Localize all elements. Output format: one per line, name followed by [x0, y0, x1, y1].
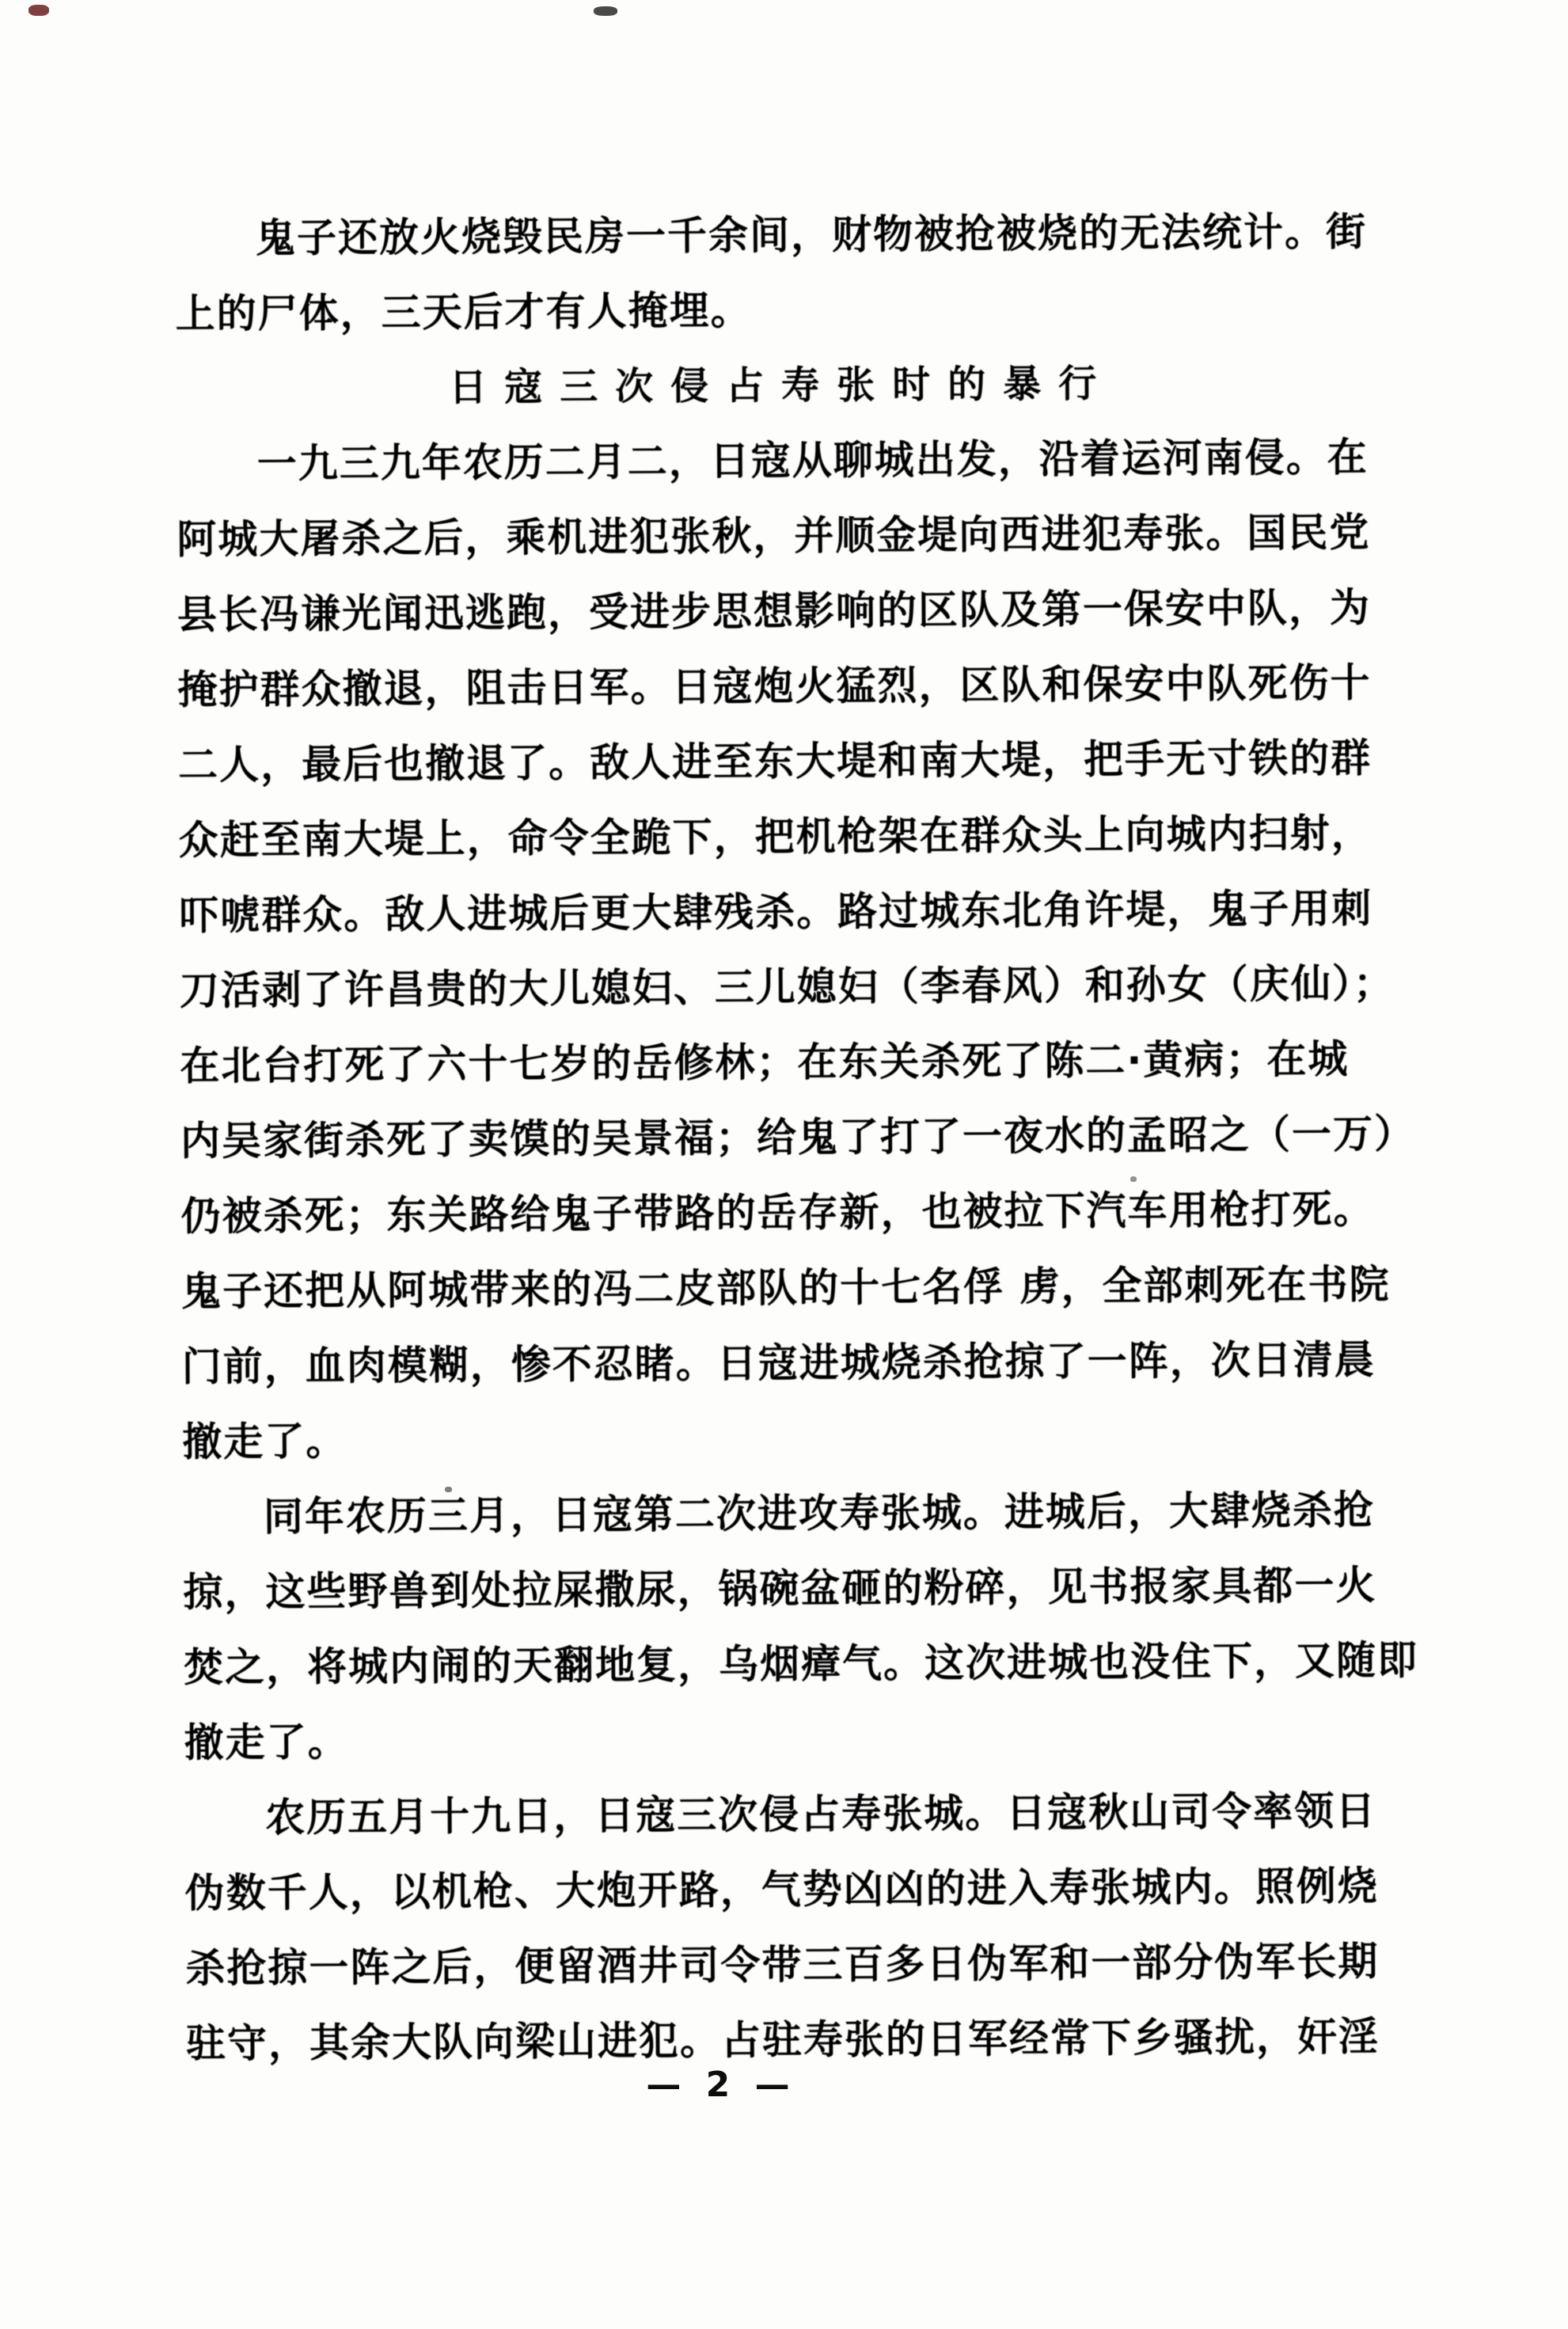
text-line: 内吴家街杀死了卖馍的吴景福；给鬼了打了一夜水的孟昭之（一万）	[180, 1096, 1392, 1179]
text-line: 二人，最后也撤退了。敌人进至东大堤和南大堤，把手无寸铁的群	[178, 720, 1390, 803]
text-line: 伪数千人，以机枪、大炮开路，气势凶凶的进入寿张城内。照例烧	[185, 1848, 1397, 1931]
text-line: 鬼子还放火烧毁民房一千余间，财物被抢被烧的无法统计。街	[175, 194, 1387, 276]
text-line: 仍被杀死；东关路给鬼子带路的岳存新，也被拉下汽车用枪打死。	[180, 1172, 1392, 1254]
text-block: 鬼子还放火烧毁民房一千余间，财物被抢被烧的无法统计。街上的尸体，三天后才有人掩埋…	[175, 194, 1397, 2081]
text-line: 撤走了。	[184, 1698, 1395, 1780]
text-line: 农历五月十九日，日寇三次侵占寿张城。日寇秋山司令率领日	[184, 1773, 1396, 1856]
text-line: 焚之，将城内闹的天翻地复，乌烟瘴气。这次进城也没住下，又随即	[184, 1623, 1395, 1705]
text-line: 县长冯谦光闻迅逃跑，受进步思想影响的区队及第一保安中队，为	[177, 570, 1389, 652]
text-line: 上的尸体，三天后才有人掩埋。	[175, 269, 1387, 351]
text-line: 掩护群众撤退，阻击日军。日寇炮火猛烈，区队和保安中队死伤十	[177, 645, 1389, 728]
document-page: 鬼子还放火烧毁民房一千余间，财物被抢被烧的无法统计。街上的尸体，三天后才有人掩埋…	[0, 0, 1568, 2329]
text-line: 门前，血肉模糊，惨不忍睹。日寇进城烧杀抢掠了一阵，次日清晨	[181, 1322, 1393, 1404]
section-heading: 日寇三次侵占寿张时的暴行	[176, 344, 1388, 427]
text-line: 一九三九年农历二月二，日寇从聊城出发，沿着运河南侵。在	[177, 420, 1388, 502]
scan-artifact	[28, 5, 49, 16]
scan-artifact	[594, 6, 617, 16]
text-line: 鬼子还把从阿城带来的冯二皮部队的十七名俘 虏，全部刺死在书院	[181, 1247, 1393, 1329]
text-line: 撤走了。	[182, 1397, 1394, 1480]
text-line: 同年农历三月，日寇第二次进攻寿张城。进城后，大肆烧杀抢	[183, 1472, 1395, 1555]
text-line: 在北台打死了六十七岁的岳修林；在东关杀死了陈二·黄病；在城	[180, 1021, 1391, 1104]
text-line: 掠，这些野兽到处拉屎撒尿，锅碗盆砸的粉碎，见书报家具都一火	[183, 1548, 1395, 1630]
page-number: — 2 —	[0, 2065, 1442, 2105]
text-line: 刀活剥了许昌贵的大儿媳妇、三儿媳妇（李春风）和孙女（庆仙）；	[180, 946, 1391, 1028]
text-line: 吓唬群众。敌人进城后更大肆残杀。路过城东北角许堤，鬼子用刺	[179, 871, 1391, 953]
text-line: 阿城大屠杀之后，乘机进犯张秋，并顺金堤向西进犯寿张。国民党	[177, 495, 1388, 577]
text-line: 杀抢掠一阵之后，便留酒井司令带三百多日伪军和一部分伪军长期	[185, 1924, 1397, 2006]
text-line: 众赶至南大堤上，命令全跪下，把机枪架在群众头上向城内扫射，	[178, 796, 1390, 878]
